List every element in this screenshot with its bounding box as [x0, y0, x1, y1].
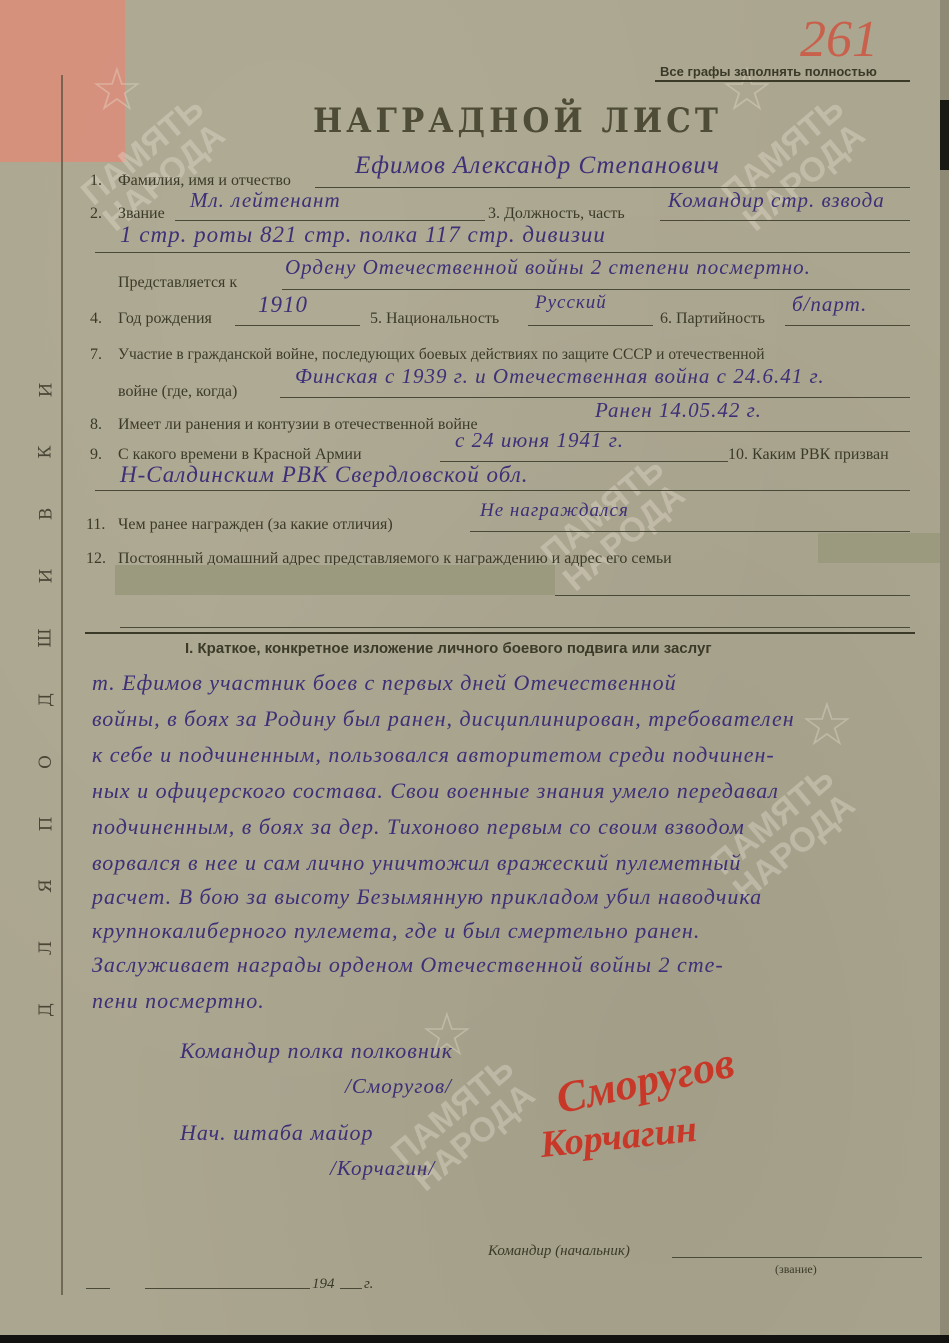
date-year-prefix: 194 [312, 1276, 335, 1293]
field-value-nationality: Русский [535, 292, 607, 314]
sidebar-letter: Л [36, 941, 56, 955]
commander-name: /Сморугов/ [345, 1074, 452, 1099]
section-heading-feat: I. Краткое, конкретное изложение личного… [185, 640, 712, 657]
fill-line [120, 627, 910, 628]
redacted-address-block [818, 533, 940, 563]
field-value-wounds: Ранен 14.05.42 г. [595, 398, 762, 423]
section-divider [85, 632, 915, 634]
fill-line [95, 490, 910, 491]
sidebar-letter: К [36, 445, 56, 458]
fill-line [672, 1257, 922, 1258]
sidebar-letter: Ш [36, 628, 56, 647]
narrative-line: т. Ефимов участник боев с первых дней От… [92, 670, 677, 696]
sidebar-letter: Я [36, 879, 56, 893]
field-value-birth-year: 1910 [258, 292, 308, 318]
fill-line [95, 252, 910, 253]
fill-line [282, 289, 910, 290]
field-value-party: б/парт. [792, 292, 867, 317]
fill-line [580, 431, 910, 432]
field-label-previous-awards: Чем ранее награжден (за какие отличия) [118, 516, 393, 534]
sidebar-stitch-label: Д Л Я П О Д Ш И В К И [36, 380, 56, 1020]
fill-line [660, 220, 910, 221]
field-value-unit: 1 стр. роты 821 стр. полка 117 стр. диви… [120, 222, 606, 248]
redacted-address-block [115, 565, 555, 595]
narrative-line: Заслуживает награды орденом Отечественно… [92, 952, 724, 978]
page-edge-bottom [0, 1335, 949, 1343]
field-value-draft-office: Н-Салдинским РВК Свердловской обл. [120, 462, 529, 488]
document-title: НАГРАДНОЙ ЛИСТ [313, 101, 722, 141]
field-value-position: Командир стр. взвода [668, 188, 885, 213]
fill-line [175, 220, 485, 221]
narrative-line: расчет. В бою за высоту Безымянную прикл… [92, 884, 762, 910]
field-label-party: 6. Партийность [660, 310, 765, 328]
narrative-line: подчиненным, в боях за дер. Тихоново пер… [92, 814, 745, 840]
fill-line [528, 325, 653, 326]
narrative-line: пени посмертно. [92, 988, 265, 1014]
sidebar-letter: Д [36, 1003, 56, 1017]
sidebar-letter: И [36, 383, 56, 398]
field-value-combat-history: Финская с 1939 г. и Отечественная война … [295, 364, 825, 389]
narrative-line: крупнокалиберного пулемета, где и был см… [92, 918, 700, 944]
page-edge-right [940, 0, 949, 1343]
binding-margin-line [61, 75, 63, 1295]
fill-line [785, 325, 910, 326]
footer-rank-caption: (звание) [775, 1262, 817, 1277]
field-number: 11. [86, 516, 105, 534]
date-day-line [86, 1288, 110, 1289]
sidebar-letter: Д [36, 693, 56, 707]
field-label-combat-history: Участие в гражданской войне, последующих… [118, 346, 765, 364]
field-label-rank: Звание [118, 205, 165, 223]
narrative-line: к себе и подчиненным, пользовался автори… [92, 742, 775, 768]
sidebar-letter: П [36, 817, 56, 832]
instruction-underline [655, 80, 910, 82]
fill-line [235, 325, 360, 326]
field-number: 4. [90, 310, 102, 328]
field-label-nationality: 5. Национальность [370, 310, 499, 328]
narrative-line: войны, в боях за Родину был ранен, дисци… [92, 706, 795, 732]
footer-commander-label: Командир (начальник) [488, 1243, 630, 1260]
narrative-line: ных и офицерского состава. Свои военные … [92, 778, 779, 804]
field-number: 7. [90, 346, 102, 364]
date-year-line [340, 1288, 362, 1289]
archive-page-number: 261 [800, 10, 878, 69]
field-number: 1. [90, 172, 102, 190]
date-year-suffix: г. [364, 1276, 373, 1293]
commander-title: Командир полка полковник [180, 1038, 453, 1064]
date-month-line [145, 1288, 310, 1289]
chief-of-staff-title: Нач. штаба майор [180, 1120, 373, 1146]
narrative-line: ворвался в нее и сам лично уничтожил вра… [92, 850, 741, 876]
field-label-draft-office: 10. Каким РВК призван [728, 446, 889, 464]
instruction-note: Все графы заполнять полностью [660, 64, 877, 79]
field-value-army-since: с 24 июня 1941 г. [455, 428, 624, 453]
sidebar-letter: В [36, 508, 56, 521]
fill-line [470, 531, 910, 532]
field-label-combat-history-cont: войне (где, когда) [118, 383, 237, 401]
field-value-previous-awards: Не награждался [480, 500, 629, 522]
field-label-wounds: Имеет ли ранения и контузии в отечествен… [118, 416, 478, 434]
field-label-birth-year: Год рождения [118, 310, 212, 328]
field-number: 9. [90, 446, 102, 464]
field-value-full-name: Ефимов Александр Степанович [355, 152, 720, 180]
field-number: 8. [90, 416, 102, 434]
field-number: 12. [86, 550, 106, 568]
fill-line [555, 595, 910, 596]
field-label-award: Представляется к [118, 274, 237, 292]
field-number: 2. [90, 205, 102, 223]
field-value-rank: Мл. лейтенант [190, 188, 341, 213]
sidebar-letter: О [36, 755, 56, 769]
page-edge-shadow [940, 100, 949, 170]
field-value-award: Ордену Отечественной войны 2 степени пос… [285, 255, 811, 280]
sidebar-letter: И [36, 569, 56, 584]
chief-of-staff-name: /Корчагин/ [330, 1156, 435, 1181]
field-label-position: 3. Должность, часть [488, 205, 625, 223]
